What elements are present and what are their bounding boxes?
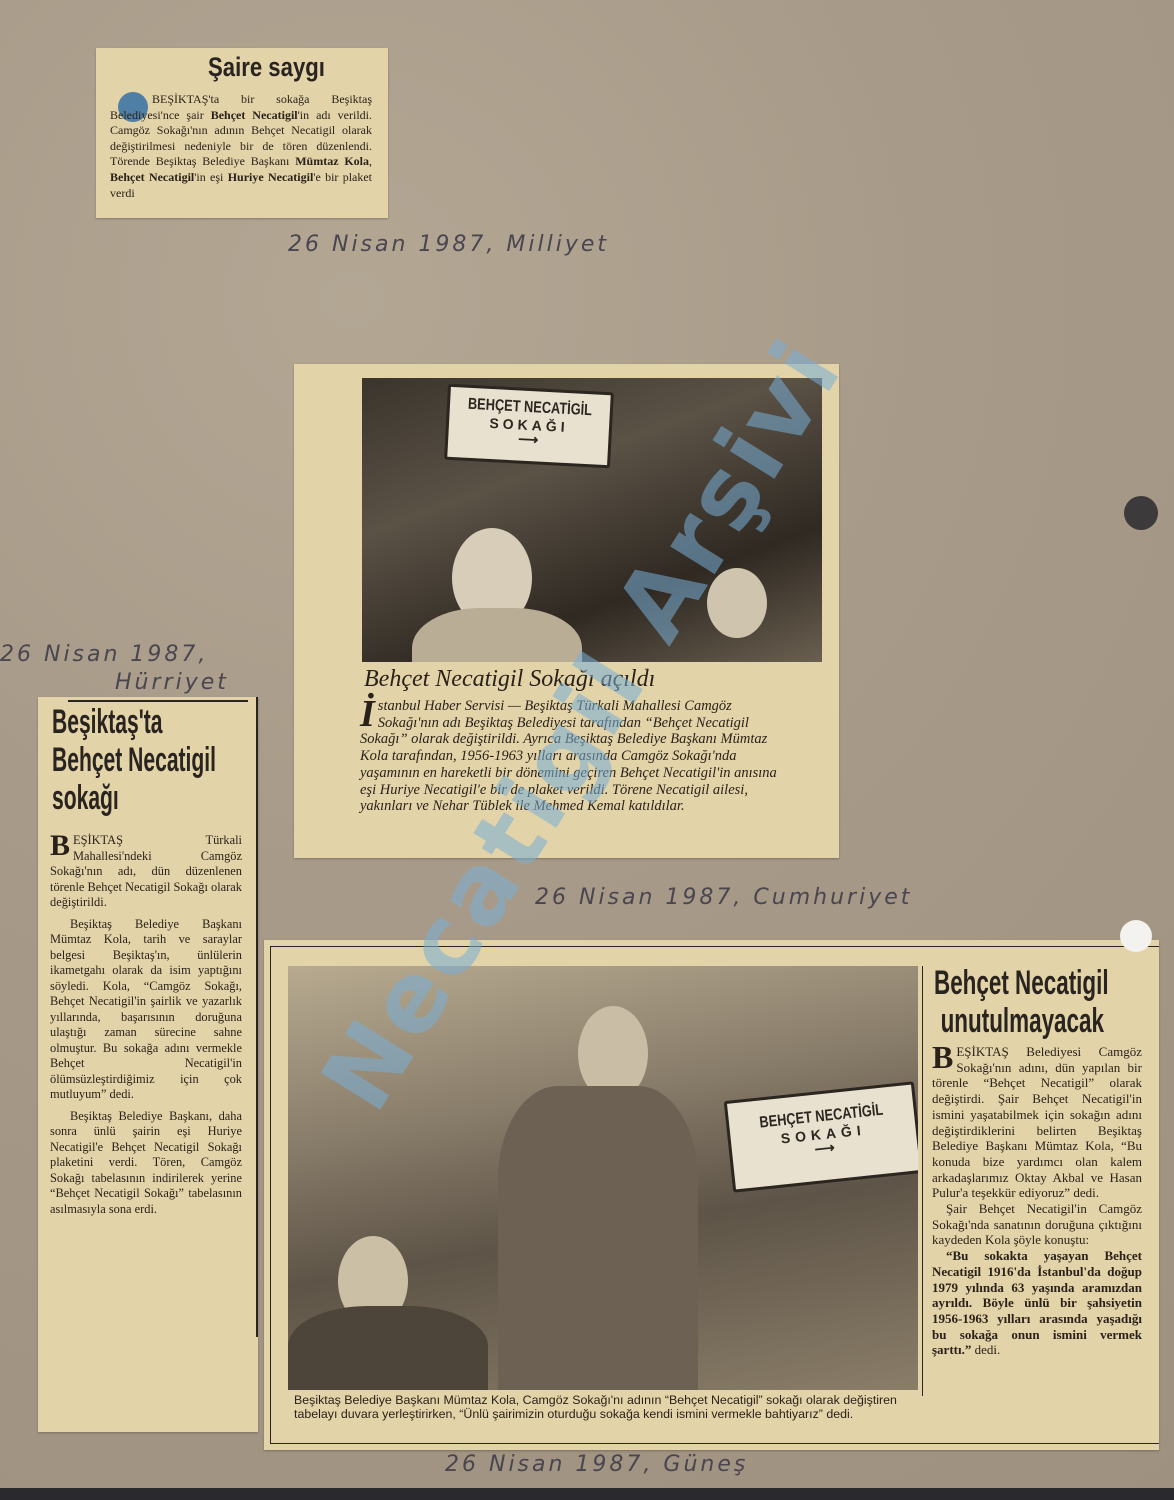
- hurriyet-annotation-paper: Hürriyet: [115, 670, 229, 695]
- gunes-clipping: BEHÇET NECATİGİL SOKAĞI ⟶ Beşiktaş Beled…: [264, 940, 1159, 1450]
- man-torso: [412, 608, 582, 662]
- street-sign: BEHÇET NECATİGİL SOKAĞI ⟶: [724, 1081, 918, 1192]
- hurriyet-headline: Beşiktaş'ta Behçet Necatigil sokağı: [52, 703, 216, 817]
- page-bottom-edge: [0, 1488, 1174, 1500]
- hurriyet-clipping: Beşiktaş'ta Behçet Necatigil sokağı BEŞİ…: [38, 697, 258, 1432]
- milliyet-body: BEŞİKTAŞ'ta bir sokağa Beşiktaş Belediye…: [110, 92, 372, 201]
- binder-hole-light: [1120, 920, 1152, 952]
- street-sign: BEHÇET NECATİGİL SOKAĞI ⟶: [444, 384, 614, 469]
- hurriyet-body: BEŞİKTAŞ Türkali Mahallesi'ndeki Camgöz …: [50, 833, 242, 1217]
- gunes-annotation: 26 Nisan 1987, Güneş: [445, 1452, 748, 1477]
- milliyet-clipping: Şaire saygı BEŞİKTAŞ'ta bir sokağa Beşik…: [96, 48, 388, 218]
- cumhuriyet-body: İstanbul Haber Servisi — Beşiktaş Türkal…: [360, 698, 790, 815]
- milliyet-annotation: 26 Nisan 1987, Milliyet: [288, 232, 609, 257]
- tall-man-body: [498, 1086, 698, 1390]
- top-rule: [68, 700, 248, 702]
- milliyet-headline: Şaire saygı: [208, 52, 325, 83]
- cumhuriyet-annotation: 26 Nisan 1987, Cumhuriyet: [535, 885, 912, 910]
- woman-figure: [707, 568, 767, 638]
- right-rule: [256, 697, 258, 1337]
- sidebar-rule: [922, 966, 923, 1396]
- cumhuriyet-photo: BEHÇET NECATİGİL SOKAĞI ⟶: [362, 378, 822, 662]
- cumhuriyet-clipping: BEHÇET NECATİGİL SOKAĞI ⟶ Behçet Necatig…: [294, 364, 839, 858]
- gunes-caption: Beşiktaş Belediye Başkanı Mümtaz Kola, C…: [294, 1394, 906, 1421]
- gunes-photo: BEHÇET NECATİGİL SOKAĞI ⟶: [288, 966, 918, 1390]
- hurriyet-annotation-date: 26 Nisan 1987,: [0, 642, 208, 667]
- gunes-headline: Behçet Necatigil unutulmayacak: [934, 964, 1109, 1040]
- glasses-man-body: [288, 1306, 488, 1390]
- gunes-body: BEŞİKTAŞ Belediyesi Camgöz Sokağı'nın ad…: [932, 1044, 1142, 1358]
- binder-hole-dark: [1124, 496, 1158, 530]
- cumhuriyet-headline: Behçet Necatigil Sokağı açıldı: [364, 666, 655, 693]
